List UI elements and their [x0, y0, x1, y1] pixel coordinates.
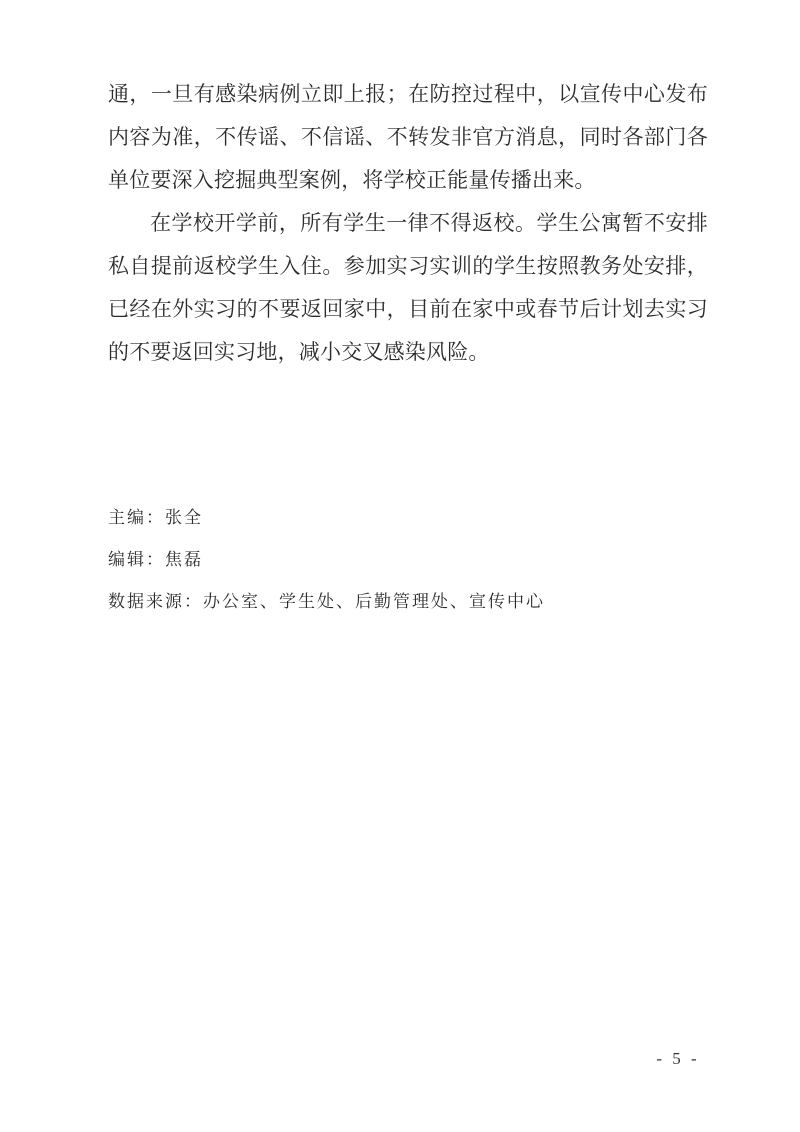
paragraph-continuation: 通，一旦有感染病例立即上报；在防控过程中，以宣传中心发布内容为准，不传谣、不信谣…	[108, 73, 708, 202]
editor-label: 编辑：	[108, 550, 165, 569]
data-source-value: 办公室、学生处、后勤管理处、宣传中心	[203, 592, 545, 611]
credits-block: 主编：张全 编辑：焦磊 数据来源：办公室、学生处、后勤管理处、宣传中心	[108, 497, 728, 623]
chief-editor-value: 张全	[165, 508, 203, 527]
document-page: 通，一旦有感染病例立即上报；在防控过程中，以宣传中心发布内容为准，不传谣、不信谣…	[0, 0, 800, 1132]
credit-line-data-source: 数据来源：办公室、学生处、后勤管理处、宣传中心	[108, 581, 728, 623]
editor-value: 焦磊	[165, 550, 203, 569]
paragraph-return-policy: 在学校开学前，所有学生一律不得返校。学生公寓暂不安排私自提前返校学生入住。参加实…	[108, 202, 708, 374]
chief-editor-label: 主编：	[108, 508, 165, 527]
data-source-label: 数据来源：	[108, 592, 203, 611]
credit-line-editor: 编辑：焦磊	[108, 539, 728, 581]
body-text-block: 通，一旦有感染病例立即上报；在防控过程中，以宣传中心发布内容为准，不传谣、不信谣…	[108, 73, 708, 374]
credit-line-chief-editor: 主编：张全	[108, 497, 728, 539]
page-number: - 5 -	[636, 1049, 720, 1069]
